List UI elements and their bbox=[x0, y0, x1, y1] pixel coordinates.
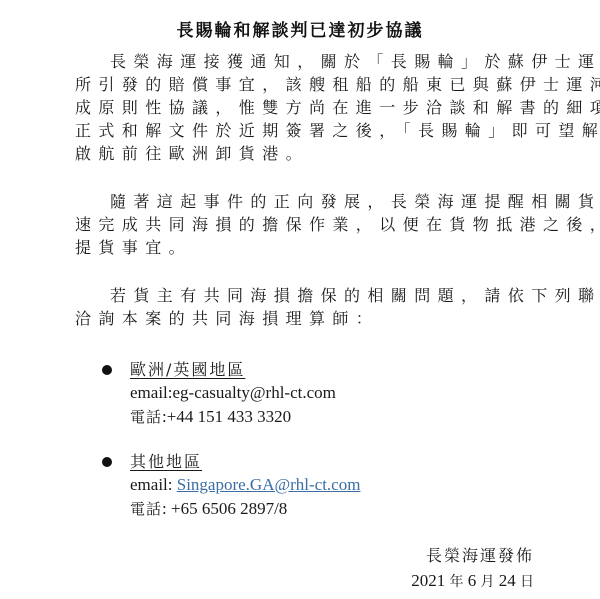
paragraph-line: 速完成共同海損的擔保作業，以便在貨物抵港之後，據此辦理 bbox=[75, 213, 545, 236]
phone-label: 電話 bbox=[130, 408, 162, 426]
signature-date: 2021 年 6 月 24 日 bbox=[411, 570, 534, 593]
email-address[interactable]: eg-casualty@rhl-ct.com bbox=[172, 383, 335, 402]
phone-number: +65 6506 2897/8 bbox=[171, 499, 287, 518]
contact-phone-row: 電話:+44 151 433 3320 bbox=[130, 405, 291, 429]
date-year-unit: 年 bbox=[450, 574, 464, 590]
email-link[interactable]: Singapore.GA@rhl-ct.com bbox=[177, 475, 361, 494]
paragraph-line: 洽詢本案的共同海損理算師： bbox=[75, 307, 545, 330]
contact-region-label: 歐洲/英國地區 bbox=[130, 358, 245, 382]
paragraph-settlement-notice: 長榮海運接獲通知，關於「長賜輪」於蘇伊士運河脫困作業 所引發的賠償事宜，該艘租船… bbox=[75, 50, 545, 165]
date-day: 24 bbox=[499, 571, 516, 590]
paragraph-line: 隨著這起事件的正向發展，長榮海運提醒相關貨主，請儘 bbox=[75, 190, 545, 213]
paragraph-line: 正式和解文件於近期簽署之後，「長賜輪」即可望解除扣押， bbox=[75, 119, 545, 142]
date-month-unit: 月 bbox=[481, 574, 495, 590]
date-month: 6 bbox=[468, 571, 477, 590]
phone-separator: : bbox=[162, 499, 171, 518]
paragraph-line: 成原則性協議，惟雙方尚在進一步洽談和解書的細項內容，待 bbox=[75, 96, 545, 119]
bullet-icon bbox=[102, 365, 112, 375]
bullet-icon bbox=[102, 457, 112, 467]
contact-email-row: email: Singapore.GA@rhl-ct.com bbox=[130, 473, 360, 497]
paragraph-line: 若貨主有共同海損擔保的相關問題，請依下列聯絡方式， bbox=[75, 284, 545, 307]
phone-number: +44 151 433 3320 bbox=[167, 407, 291, 426]
date-year: 2021 bbox=[411, 571, 445, 590]
email-label: email: bbox=[130, 475, 177, 494]
date-day-unit: 日 bbox=[520, 574, 534, 590]
signature-organization: 長榮海運發佈 bbox=[426, 545, 534, 567]
contact-email-row: email:eg-casualty@rhl-ct.com bbox=[130, 381, 336, 405]
contact-phone-row: 電話: +65 6506 2897/8 bbox=[130, 497, 287, 521]
paragraph-line: 所引發的賠償事宜，該艘租船的船東已與蘇伊士運河管理局達 bbox=[75, 73, 545, 96]
contact-region-label: 其他地區 bbox=[130, 450, 202, 474]
paragraph-contact-intro: 若貨主有共同海損擔保的相關問題，請依下列聯絡方式， 洽詢本案的共同海損理算師： bbox=[75, 284, 545, 330]
paragraph-line: 啟航前往歐洲卸貨港。 bbox=[75, 142, 545, 165]
paragraph-cargo-owner-reminder: 隨著這起事件的正向發展，長榮海運提醒相關貨主，請儘 速完成共同海損的擔保作業，以… bbox=[75, 190, 545, 259]
email-label: email: bbox=[130, 383, 172, 402]
paragraph-line: 提貨事宜。 bbox=[75, 236, 545, 259]
paragraph-line: 長榮海運接獲通知，關於「長賜輪」於蘇伊士運河脫困作業 bbox=[75, 50, 545, 73]
phone-label: 電話 bbox=[130, 500, 162, 518]
document-title: 長賜輪和解談判已達初步協議 bbox=[0, 19, 600, 43]
